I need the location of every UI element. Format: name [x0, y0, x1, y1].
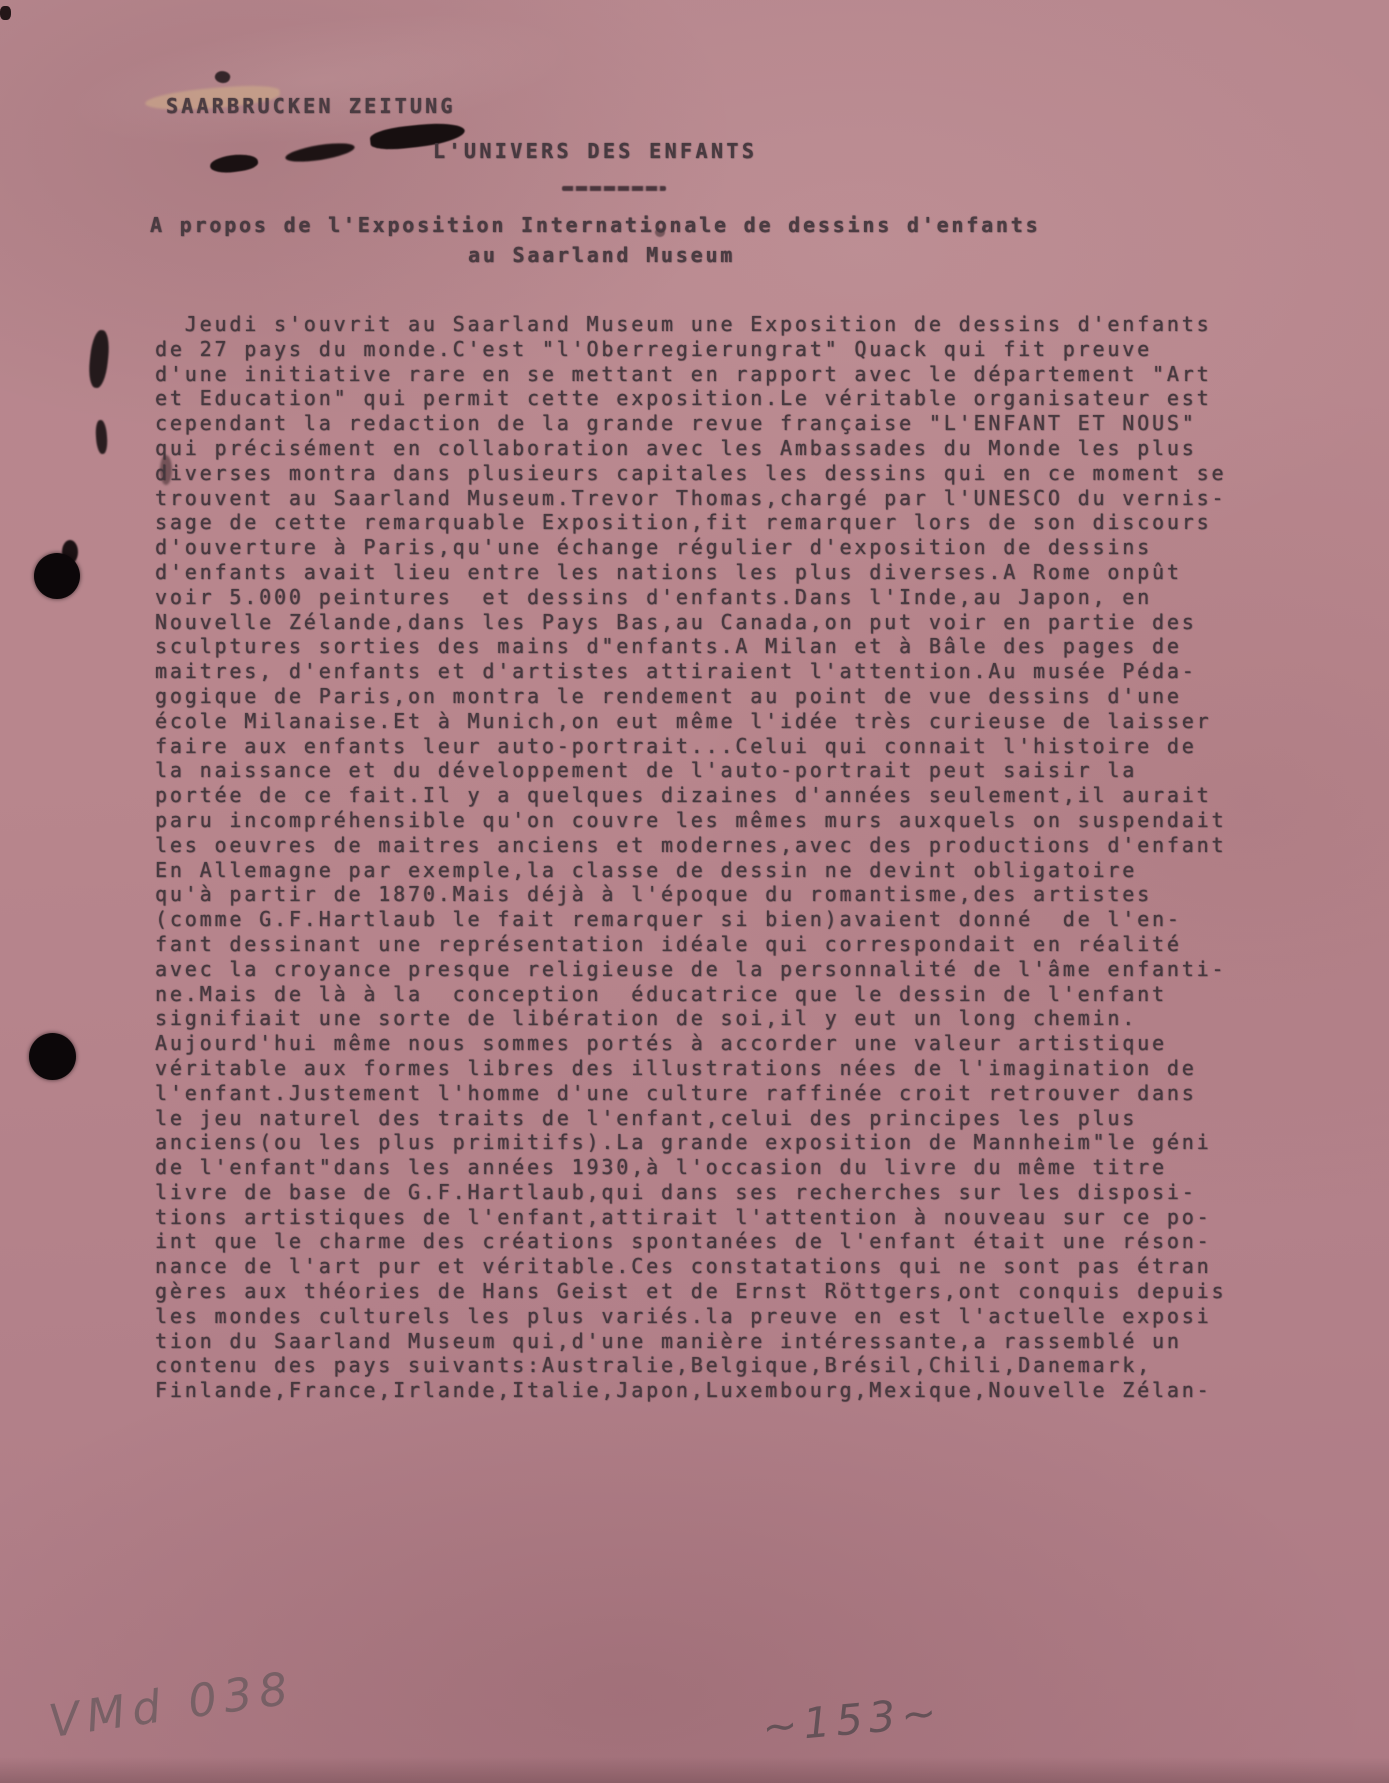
- body-line: portée de ce fait.Il y a quelques dizain…: [155, 783, 1389, 808]
- body-line: d'une initiative rare en se mettant en r…: [155, 362, 1389, 387]
- punch-hole: [29, 1033, 76, 1080]
- body-line: d'ouverture à Paris,qu'une échange régul…: [155, 535, 1389, 560]
- body-line: gogique de Paris,on montra le rendement …: [155, 684, 1389, 709]
- body-line: sage de cette remarquable Exposition,fit…: [155, 510, 1389, 535]
- body-line: fant dessinant une représentation idéale…: [155, 932, 1389, 957]
- body-line: école Milanaise.Et à Munich,on eut même …: [155, 709, 1389, 734]
- body-line: int que le charme des créations spontané…: [155, 1229, 1389, 1254]
- body-line: signifiait une sorte de libération de so…: [155, 1006, 1389, 1031]
- body-line: avec la croyance presque religieuse de l…: [155, 957, 1389, 982]
- handwritten-archive-code: VMd 038: [46, 1661, 298, 1748]
- body-line: tion du Saarland Museum qui,d'une manièr…: [155, 1329, 1389, 1354]
- body-line: livre de base de G.F.Hartlaub,qui dans s…: [155, 1180, 1389, 1205]
- body-line: faire aux enfants leur auto-portrait...C…: [155, 734, 1389, 759]
- title-underline: [562, 186, 666, 191]
- body-line: gères aux théories de Hans Geist et de E…: [155, 1279, 1389, 1304]
- body-line: (comme G.F.Hartlaub le fait remarquer si…: [155, 907, 1389, 932]
- body-line: qui précisément en collaboration avec le…: [155, 436, 1389, 461]
- body-line: En Allemagne par exemple,la classe de de…: [155, 858, 1389, 883]
- body-line: ne.Mais de là à la conception éducatrice…: [155, 982, 1389, 1007]
- body-line: d'enfants avait lieu entre les nations l…: [155, 560, 1389, 585]
- article-title: L'UNIVERS DES ENFANTS: [433, 139, 757, 163]
- body-line: diverses montra dans plusieurs capitales…: [155, 461, 1389, 486]
- body-line: le jeu naturel des traits de l'enfant,ce…: [155, 1106, 1389, 1131]
- body-line: voir 5.000 peintures et dessins d'enfant…: [155, 585, 1389, 610]
- body-line: tions artistiques de l'enfant,attirait l…: [155, 1205, 1389, 1230]
- body-line: Jeudi s'ouvrit au Saarland Museum une Ex…: [155, 312, 1389, 337]
- body-line: qu'à partir de 1870.Mais déjà à l'époque…: [155, 882, 1389, 907]
- body-line: Nouvelle Zélande,dans les Pays Bas,au Ca…: [155, 610, 1389, 635]
- body-line: la naissance et du développement de l'au…: [155, 758, 1389, 783]
- body-line: Finlande,France,Irlande,Italie,Japon,Lux…: [155, 1378, 1389, 1403]
- body-line: de 27 pays du monde.C'est "l'Oberregieru…: [155, 337, 1389, 362]
- paper-damage-mark: [209, 152, 259, 176]
- body-line: contenu des pays suivants:Australie,Belg…: [155, 1353, 1389, 1378]
- paper-damage-mark: [95, 420, 108, 455]
- article-subtitle-location: au Saarland Museum: [468, 243, 735, 267]
- body-line: paru incompréhensible qu'on couvre les m…: [155, 808, 1389, 833]
- body-line: sculptures sorties des mains d"enfants.A…: [155, 634, 1389, 659]
- body-line: cependant la redaction de la grande revu…: [155, 411, 1389, 436]
- handwritten-page-number: ~153~: [760, 1687, 944, 1752]
- publication-name: SAARBRUCKEN ZEITUNG: [166, 94, 456, 118]
- body-line: les mondes culturels les plus variés.la …: [155, 1304, 1389, 1329]
- document-page: SAARBRUCKEN ZEITUNG L'UNIVERS DES ENFANT…: [0, 0, 1389, 1783]
- body-line: et Education" qui permit cette expositio…: [155, 386, 1389, 411]
- punch-hole: [34, 553, 80, 599]
- body-line: véritable aux formes libres des illustra…: [155, 1056, 1389, 1081]
- paper-damage-mark: [284, 140, 355, 166]
- body-line: l'enfant.Justement l'homme d'une culture…: [155, 1081, 1389, 1106]
- body-line: nance de l'art pur et véritable.Ces cons…: [155, 1254, 1389, 1279]
- body-line: trouvent au Saarland Museum.Trevor Thoma…: [155, 486, 1389, 511]
- body-line: les oeuvres de maitres anciens et modern…: [155, 833, 1389, 858]
- article-subtitle: A propos de l'Exposition Internationale …: [150, 213, 1040, 237]
- paper-damage-mark: [0, 6, 11, 20]
- ink-speck: [214, 69, 232, 85]
- body-line: anciens(ou les plus primitifs).La grande…: [155, 1130, 1389, 1155]
- body-line: maitres, d'enfants et d'artistes attirai…: [155, 659, 1389, 684]
- body-line: Aujourd'hui même nous sommes portés à ac…: [155, 1031, 1389, 1056]
- paper-damage-mark: [87, 329, 111, 389]
- body-line: de l'enfant"dans les années 1930,à l'occ…: [155, 1155, 1389, 1180]
- article-body: Jeudi s'ouvrit au Saarland Museum une Ex…: [155, 312, 1389, 1403]
